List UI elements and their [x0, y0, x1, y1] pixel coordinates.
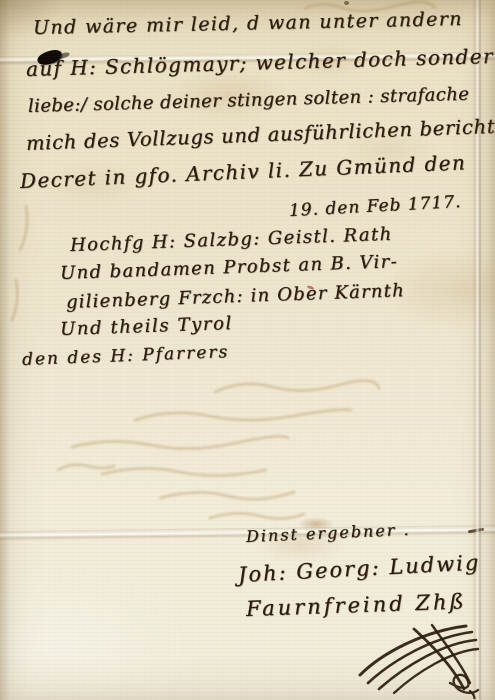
- address-line-4: Und theils Tyrol: [60, 313, 234, 340]
- body-line-5: Decret in gfo. Archiv li. Zu Gmünd den: [19, 150, 466, 193]
- signature-flourish: [352, 613, 486, 699]
- body-line-1: Und wäre mir leid, d wan unter andern: [33, 8, 463, 39]
- address-line-3: gilienberg Frzch: in Ober Kärnth: [66, 280, 406, 313]
- fold-crease-right: [472, 0, 482, 700]
- address-line-2: Und bandamen Probst an B. Vir-: [60, 251, 399, 284]
- body-line-2: auf H: Schlögmayr; welcher doch sonderba…: [26, 42, 495, 81]
- date-line: 19. den Feb 1717.: [288, 192, 461, 221]
- closing-line: Dinst ergebner .: [246, 520, 411, 546]
- top-edge-spot: [344, 1, 349, 5]
- body-line-4: mich des Vollzugs und ausführlichen beri…: [26, 115, 495, 155]
- address-line-1: Hochfg H: Salzbg: Geistl. Rath: [70, 224, 393, 256]
- margin-note: den des H: Pfarrers: [22, 342, 230, 370]
- signature-name: Joh: Georg: Ludwig: [237, 550, 480, 587]
- body-line-3: liebe:/ solche deiner stingen solten : s…: [28, 84, 470, 117]
- letter-page: Und wäre mir leid, d wan unter andern au…: [0, 0, 495, 700]
